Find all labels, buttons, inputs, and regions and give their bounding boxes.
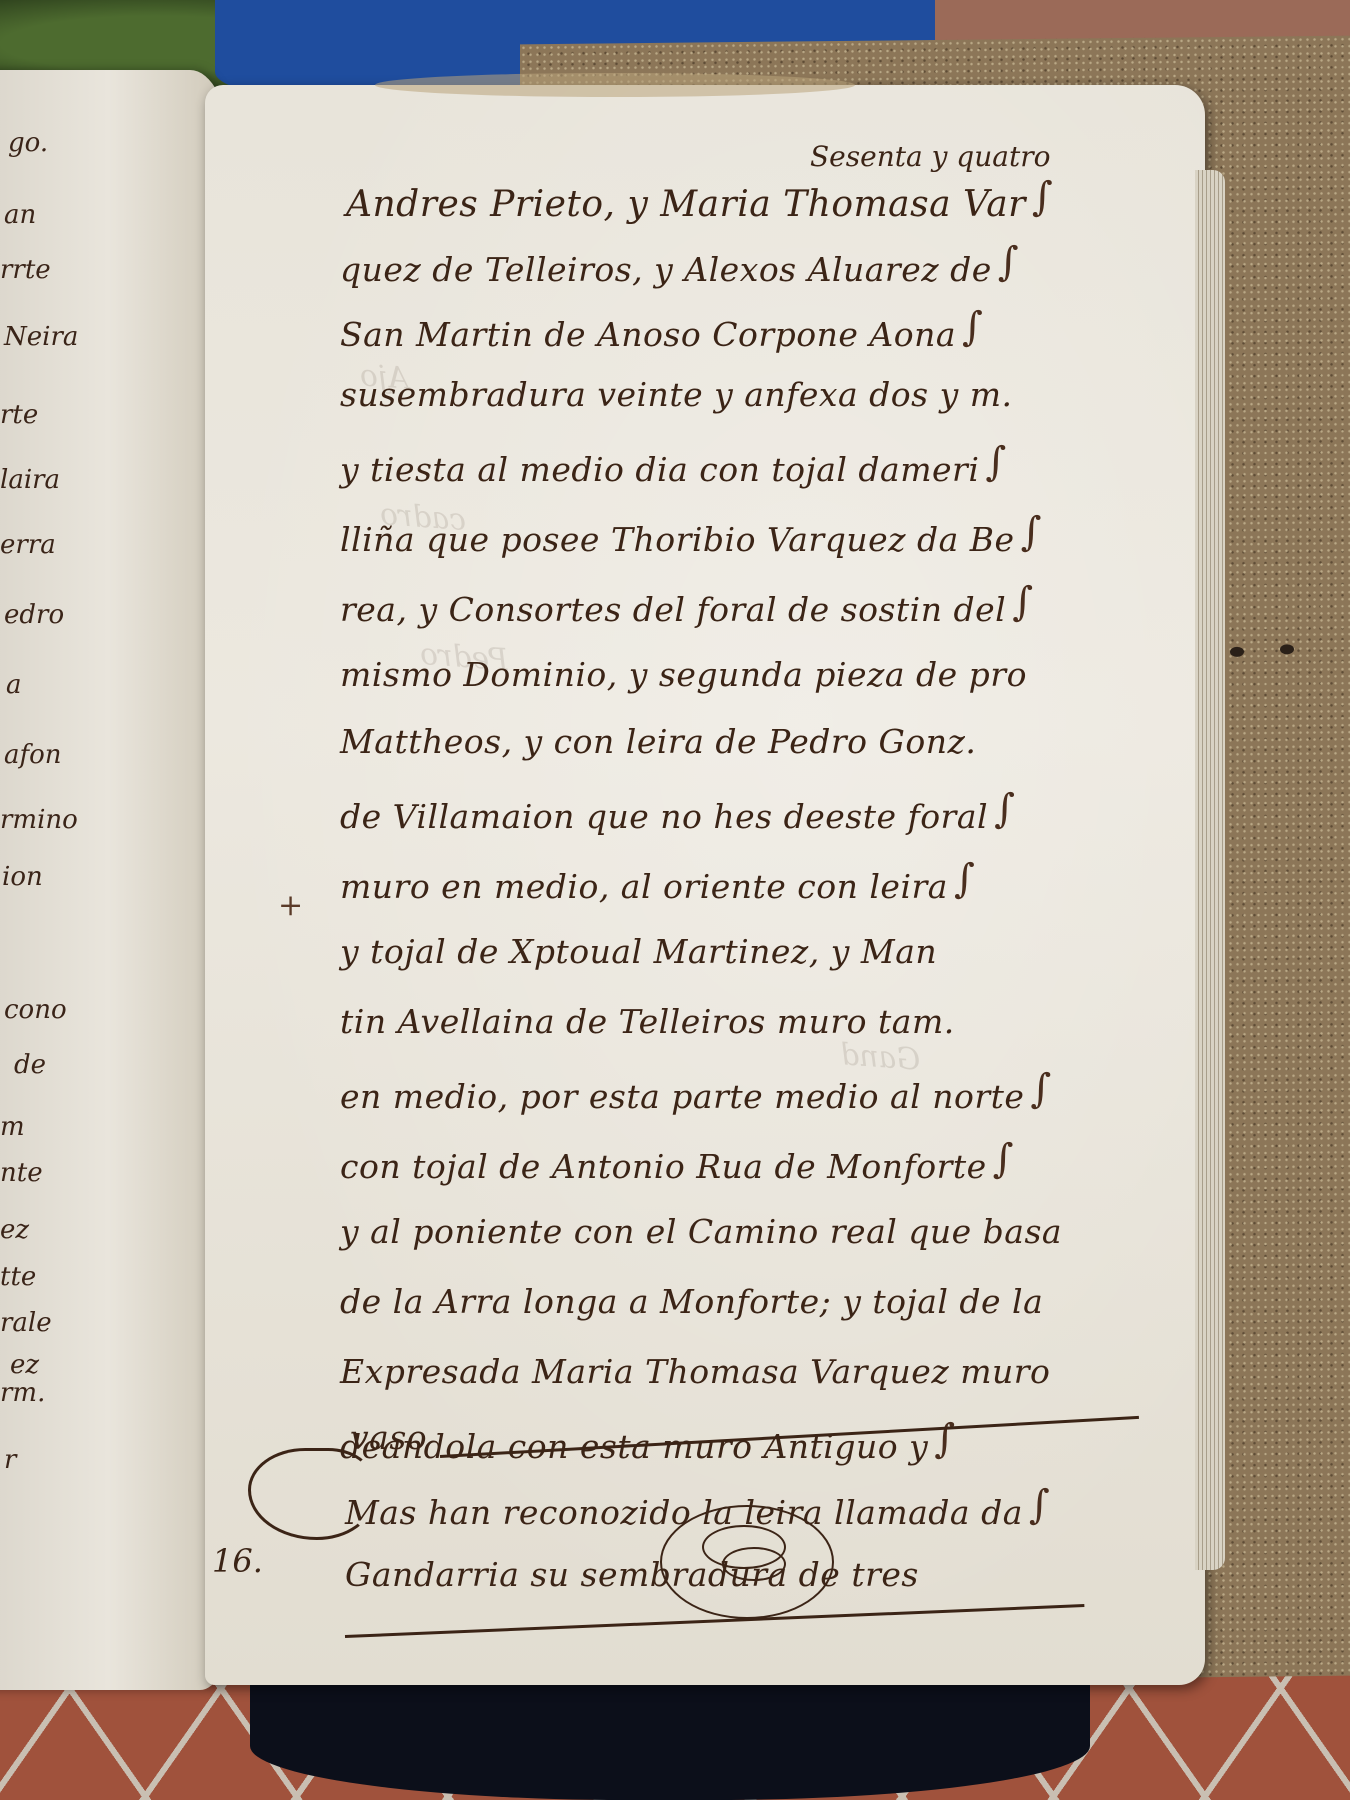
manuscript-line-15: con tojal de Antonio Rua de Monforte∫ (340, 1142, 1014, 1188)
manuscript-line-17: de la Arra longa a Monforte; y tojal de … (340, 1282, 1043, 1321)
line-text: San Martin de Anoso Corpone Aona (340, 315, 956, 354)
line-end-flourish: ∫ (1012, 579, 1033, 625)
left-page-fragment: ion (2, 862, 43, 892)
line-text: quez de Telleiros, y Alexos Aluarez de (340, 250, 992, 289)
left-page-fragment: tte (0, 1262, 36, 1292)
manuscript-line-18: Expresada Maria Thomasa Varquez muro (340, 1352, 1050, 1391)
entry-heading: Sesenta y quatro (810, 140, 1050, 173)
manuscript-line-12: y tojal de Xptoual Martinez, y Man (340, 932, 937, 971)
manuscript-line-13: tin Avellaina de Telleiros muro tam. (340, 1002, 955, 1041)
left-page-fragment: rmino (0, 805, 78, 835)
left-page-fragment: erra (0, 530, 56, 560)
left-page-fragment: afon (4, 740, 62, 770)
manuscript-line-14: en medio, por esta parte medio al norte∫ (340, 1072, 1052, 1118)
line-end-flourish: ∫ (993, 1136, 1014, 1182)
manuscript-line-16: y al poniente con el Camino real que bas… (340, 1212, 1062, 1251)
line-text: y tojal de Xptoual Martinez, y Man (340, 932, 937, 971)
line-end-flourish: ∫ (954, 856, 975, 902)
left-page-fragment: go. (8, 128, 48, 158)
line-text: de Villamaion que no hes deeste foral (340, 797, 988, 836)
line-text: y tiesta al medio dia con tojal dameri (340, 450, 979, 489)
left-page-fragment: ez (10, 1350, 39, 1380)
left-page-fragment: nte (0, 1158, 43, 1188)
line-text: lliña que posee Thoribio Varquez da Be (340, 520, 1015, 559)
line-end-flourish: ∫ (1030, 1066, 1051, 1112)
line-text: Mattheos, y con leira de Pedro Gonz. (340, 722, 976, 761)
manuscript-line-5: y tiesta al medio dia con tojal dameri∫ (340, 445, 1007, 491)
manuscript-line-20: vaso (350, 1418, 427, 1457)
left-page-fragment: rale (0, 1308, 52, 1338)
left-page-fragment: m (0, 1112, 25, 1142)
manuscript-line-10: de Villamaion que no hes deeste foral∫ (340, 792, 1015, 838)
cork-hole (1230, 647, 1244, 657)
line-end-flourish: ∫ (1021, 509, 1042, 555)
manuscript-line-1: Andres Prieto, y Maria Thomasa Var∫ (346, 180, 1053, 226)
line-text: vaso (350, 1418, 427, 1457)
line-text: mismo Dominio, y segunda pieza de pro (340, 655, 1027, 694)
line-end-flourish: ∫ (998, 239, 1019, 285)
manuscript-line-8: mismo Dominio, y segunda pieza de pro (340, 655, 1027, 694)
left-page-fragment: laira (0, 465, 60, 495)
left-page-fragment: rm. (0, 1378, 45, 1408)
page-edges (1195, 170, 1225, 1570)
left-page-fragment: Neira (4, 322, 78, 352)
line-text: con tojal de Antonio Rua de Monforte (340, 1147, 987, 1186)
line-text: Expresada Maria Thomasa Varquez muro (340, 1352, 1050, 1391)
line-end-flourish: ∫ (994, 786, 1015, 832)
manuscript-line-9: Mattheos, y con leira de Pedro Gonz. (340, 722, 976, 761)
line-text: susembradura veinte y anfexa dos y m. (340, 375, 1013, 414)
line-end-flourish: ∫ (985, 439, 1006, 485)
left-page-fragment: rte (0, 400, 38, 430)
line-text: y al poniente con el Camino real que bas… (340, 1212, 1062, 1251)
margin-cross-mark: + (278, 888, 303, 923)
line-text: muro en medio, al oriente con leira (340, 867, 948, 906)
left-page-fragment: a (6, 670, 22, 700)
cork-hole (1280, 644, 1294, 654)
line-text: tin Avellaina de Telleiros muro tam. (340, 1002, 955, 1041)
line-text: Andres Prieto, y Maria Thomasa Var (346, 184, 1026, 225)
line-end-flourish: ∫ (1032, 174, 1053, 220)
manuscript-line-7: rea, y Consortes del foral de sostin del… (340, 585, 1034, 631)
left-page-fragment: edro (4, 600, 64, 630)
line-end-flourish: ∫ (1029, 1482, 1050, 1528)
folio-number: 16. (212, 1542, 263, 1580)
manuscript-line-11: muro en medio, al oriente con leira∫ (340, 862, 975, 908)
left-page-fragment: ez (0, 1215, 29, 1245)
manuscript-line-4: susembradura veinte y anfexa dos y m. (340, 375, 1013, 414)
line-text: en medio, por esta parte medio al norte (340, 1077, 1024, 1116)
left-page-fragment: de (14, 1050, 46, 1080)
left-page-fragment: cono (4, 995, 67, 1025)
left-page-fragment: r (4, 1445, 16, 1475)
line-text: de la Arra longa a Monforte; y tojal de … (340, 1282, 1043, 1321)
manuscript-line-2: quez de Telleiros, y Alexos Aluarez de∫ (340, 245, 1019, 291)
left-page-fragment: rrte (0, 255, 51, 285)
line-text: rea, y Consortes del foral de sostin del (340, 590, 1006, 629)
shadow-under-book (250, 1680, 1090, 1800)
line-end-flourish: ∫ (934, 1416, 955, 1462)
manuscript-line-6: lliña que posee Thoribio Varquez da Be∫ (340, 515, 1042, 561)
line-end-flourish: ∫ (962, 304, 983, 350)
rubric-signature (660, 1505, 834, 1619)
manuscript-line-3: San Martin de Anoso Corpone Aona∫ (340, 310, 983, 356)
left-page-fragment: an (4, 200, 36, 230)
